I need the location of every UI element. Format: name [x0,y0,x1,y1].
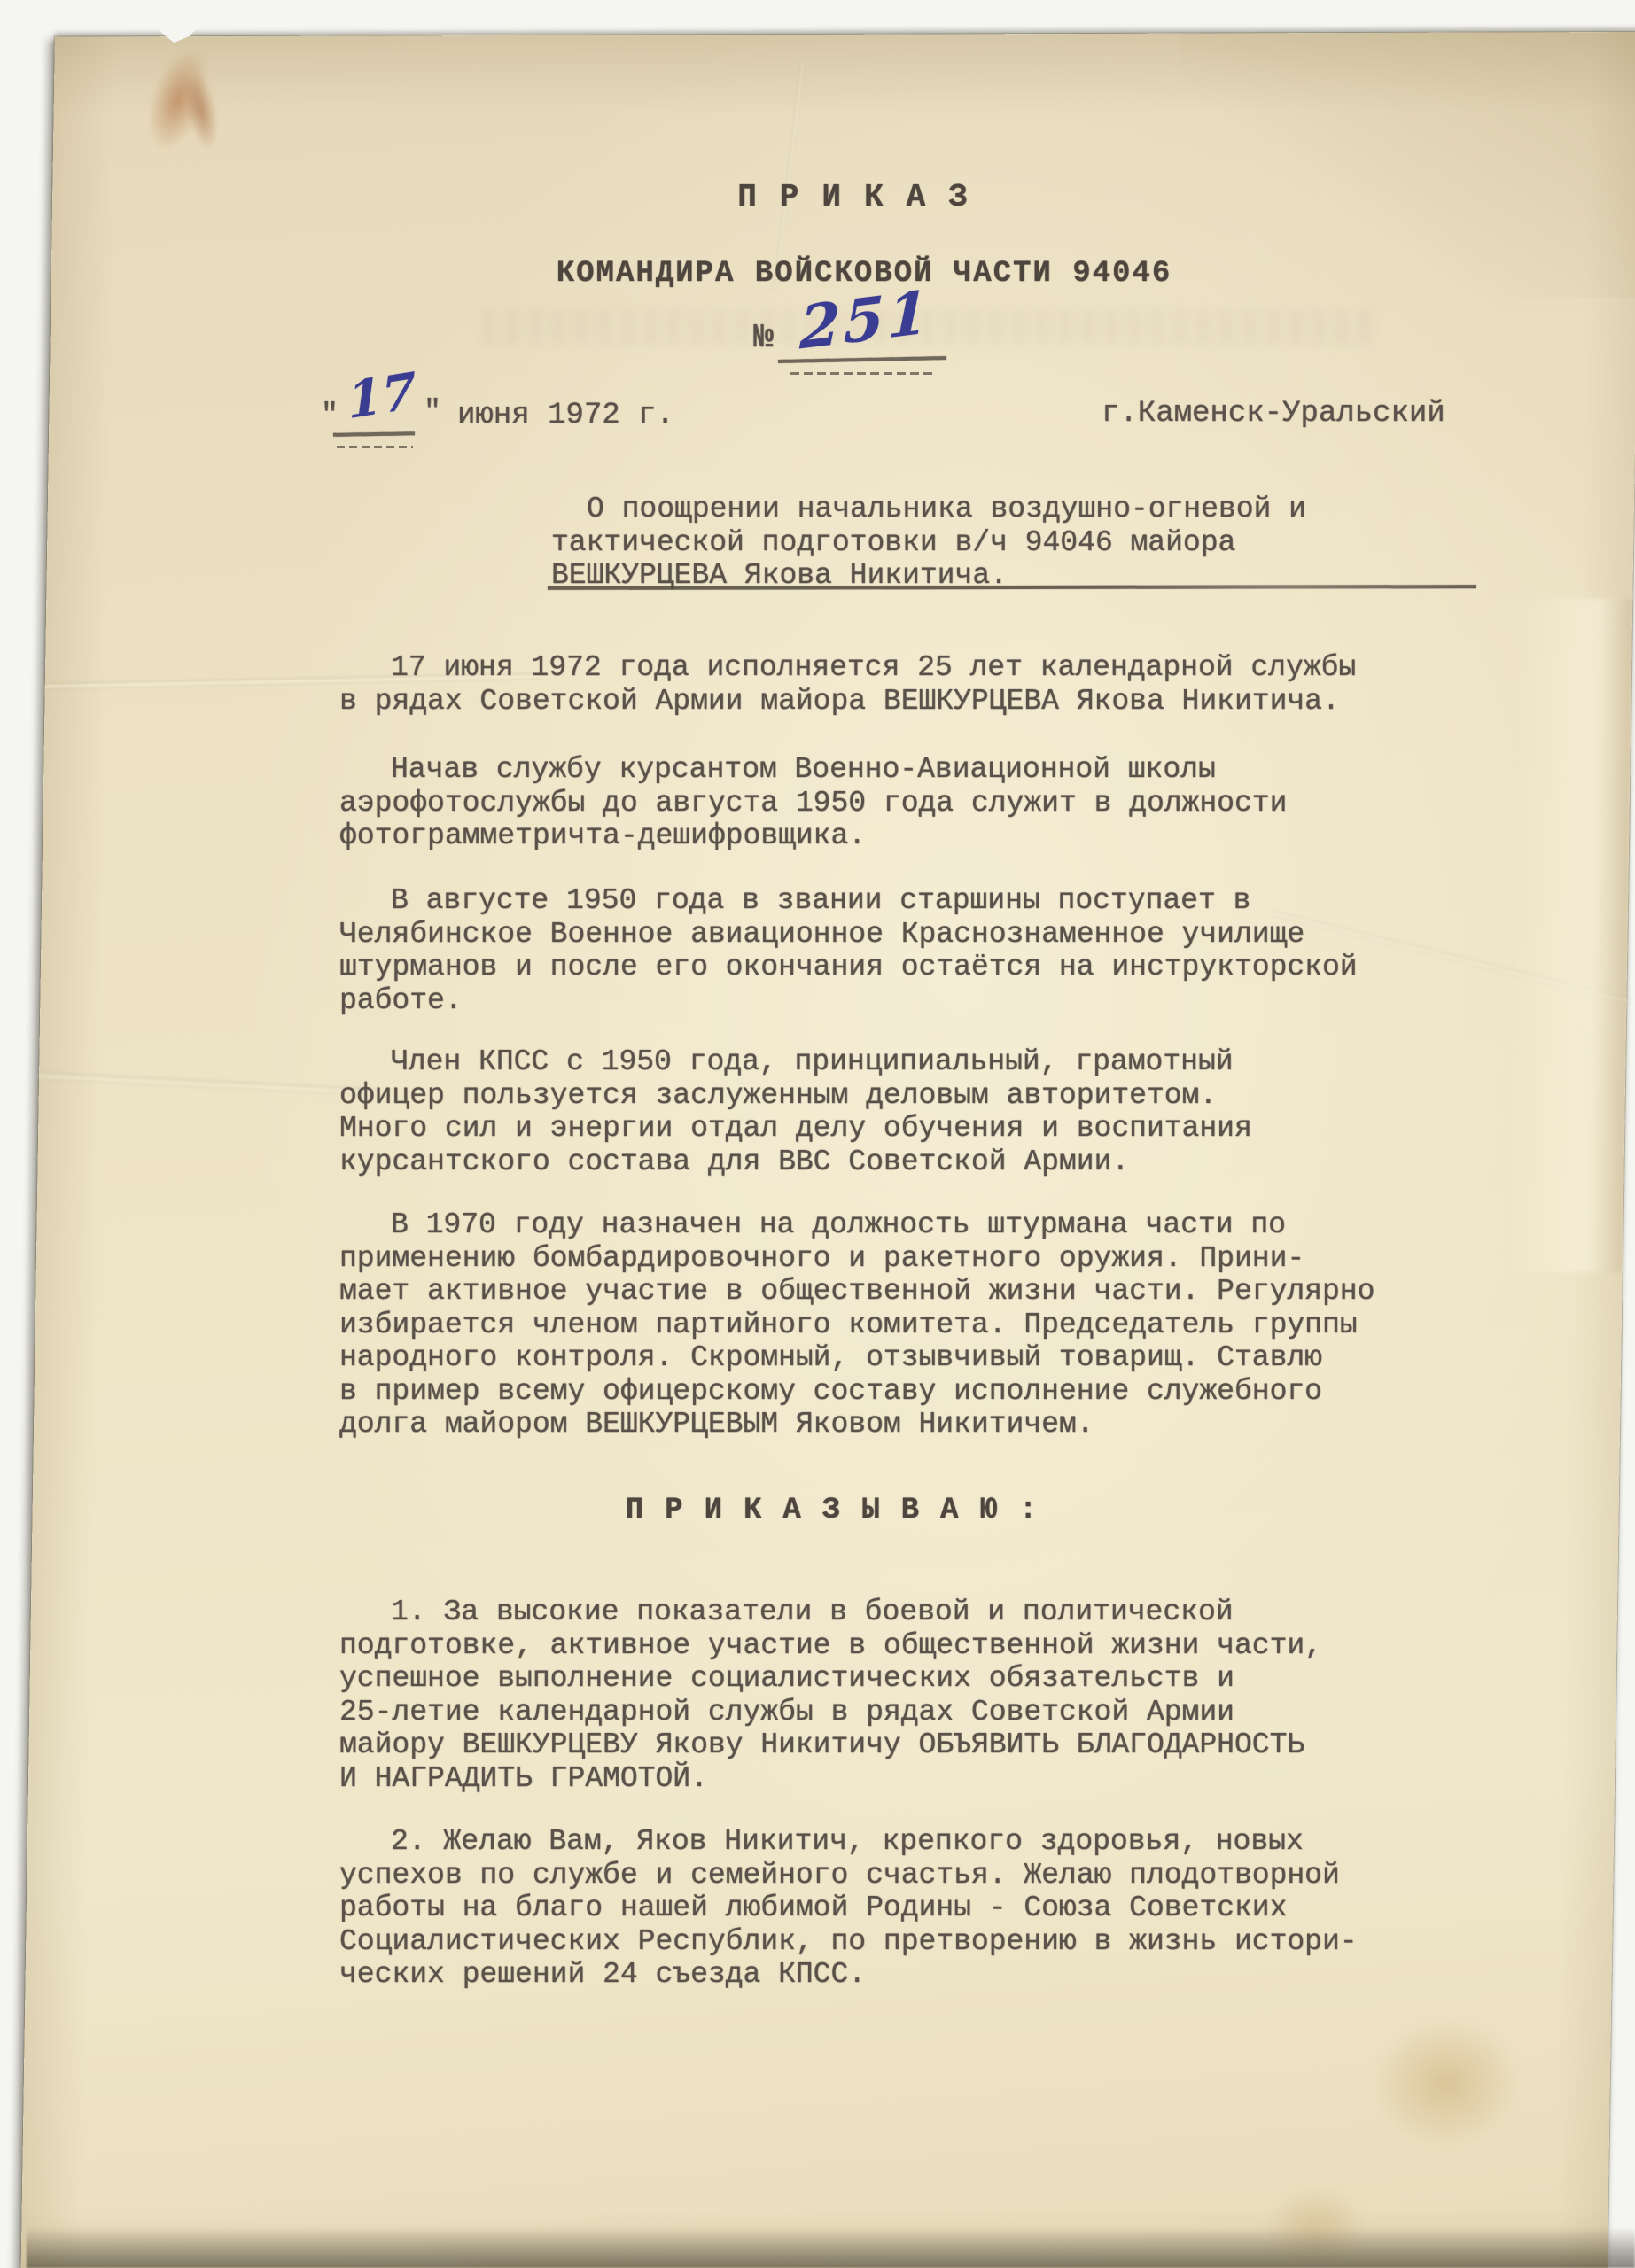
order-item: 1. За высокие показатели в боевой и поли… [339,1596,1483,1795]
body-paragraph: Член КПСС с 1950 года, принципиальный, г… [339,1045,1483,1178]
number-dashed-rule [790,372,932,375]
rust-stain [136,42,221,159]
day-dashed-rule [337,446,413,448]
fold-crease [39,1072,376,1097]
subject-block: О поощрении начальника воздушно-огневой … [551,493,1306,593]
scanned-document: ПРИКАЗ КОМАНДИРА ВОЙСКОВОЙ ЧАСТИ 94046 №… [0,0,1635,2268]
page-bottom-shadow [27,2227,1635,2268]
document-place: г.Каменск-Уральский [1102,397,1445,431]
date-open-quote: " [321,399,339,431]
date-close-quote: " [424,395,441,428]
order-item: 2. Желаю Вам, Яков Никитич, крепкого здо… [339,1825,1483,1992]
document-title: ПРИКАЗ [257,179,1471,215]
page-curl-highlight [1507,599,1633,1272]
paper-stain [1370,2016,1522,2150]
body-paragraph: 17 июня 1972 года исполняется 25 лет кал… [339,651,1483,718]
body-paragraph: В 1970 году назначен на должность штурма… [339,1208,1483,1441]
rust-stain [179,70,224,154]
date-month-year: июня 1972 г. [457,399,674,432]
date-day-handwritten: 17 [346,361,417,431]
order-heading: ПРИКАЗЫВАЮ: [248,1494,1436,1527]
body-paragraph: В августе 1950 года в звании старшины по… [339,884,1483,1017]
body-paragraph: Начав службу курсантом Военно-Авиационно… [339,753,1483,853]
order-number-label: № [753,319,774,357]
